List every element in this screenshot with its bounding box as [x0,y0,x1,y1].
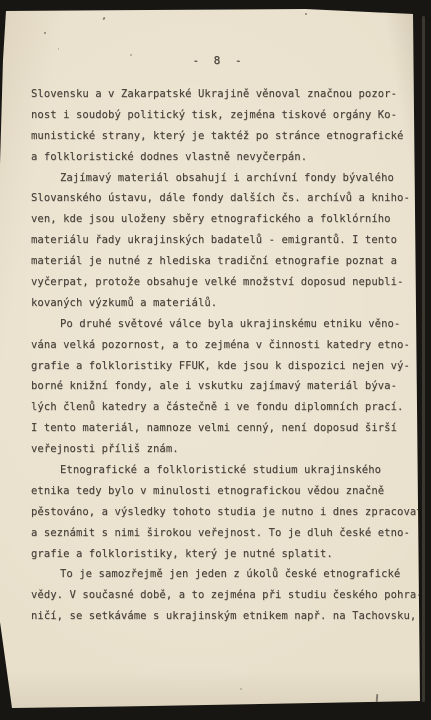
text-line: borné knižní fondy, ale i vskutku zajíma… [31,376,409,397]
text-line: vána velká pozornost, a to zejména v čin… [31,335,409,356]
page-number: - 8 - [31,54,407,67]
text-line: ničí, se setkáváme s ukrajinským etnikem… [31,606,409,627]
text-line: materiál je nutné z hlediska tradiční et… [31,251,409,272]
text-line: a seznámit s nimi širokou veřejnost. To … [31,523,409,544]
text-line: grafie a folkloristiky, který je nutné s… [31,544,409,565]
text-line: Po druhé světové válce byla ukrajinskému… [31,314,409,335]
document-page: - 8 - Slovensku a v Zakarpatské Ukrajině… [0,0,431,720]
text-line: grafie a folkloristiky FFUK, kde jsou k … [31,356,409,377]
text-line: veřejnosti příliš znám. [31,439,409,460]
paper-speck [130,54,132,56]
paper-speck [58,48,59,50]
page-edge-sliver [422,16,425,702]
text-line: Zajímavý materiál obsahují i archívní fo… [31,168,409,189]
text-line: I tento materiál, namnoze velmi cenný, n… [31,418,409,439]
text-line: nost i soudobý politický tisk, zejména t… [31,105,409,126]
paper-speck [376,694,378,702]
paper-speck [240,688,242,690]
body-text: Slovensku a v Zakarpatské Ukrajině věnov… [31,84,409,627]
text-line: vědy. V současné době, a to zejména při … [31,585,409,606]
paper-speck [44,32,46,34]
paper-speck [305,13,307,15]
paper-speck [102,17,105,21]
text-line: To je samozřejmě jen jeden z úkolů české… [31,564,409,585]
text-line: kovaných výzkumů a materiálů. [31,293,409,314]
text-line: lých členů katedry a částečně i ve fondu… [31,397,409,418]
text-line: munistické strany, který je taktéž po st… [31,126,409,147]
text-line: Slovensku a v Zakarpatské Ukrajině věnov… [31,84,409,105]
text-line: Etnografické a folkloristické studium uk… [31,460,409,481]
text-line: pěstováno, a výsledky tohoto studia je n… [31,502,409,523]
text-line: a folkloristické dodnes vlastně nevyčerp… [31,147,409,168]
text-line: materiálu řady ukrajinských badatelů - e… [31,230,409,251]
text-line: Slovanského ústavu, dále fondy dalších č… [31,188,409,209]
text-line: etnika tedy bylo v minulosti etnografick… [31,481,409,502]
text-line: ven, kde jsou uloženy sběry etnografické… [31,209,409,230]
text-line: vyčerpat, protože obsahuje velké množstv… [31,272,409,293]
scan-backdrop: - 8 - Slovensku a v Zakarpatské Ukrajině… [0,0,431,720]
